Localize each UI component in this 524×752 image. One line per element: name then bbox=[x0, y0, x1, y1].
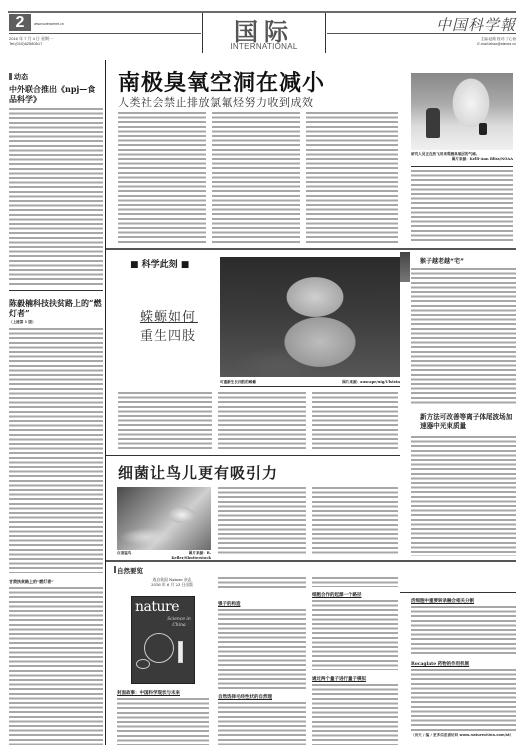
monkey-photo-edge bbox=[400, 252, 410, 282]
axolotl-title-line-2[interactable]: 重生四肢 bbox=[140, 325, 196, 344]
column-rule bbox=[105, 60, 106, 745]
header-divider-left bbox=[9, 33, 201, 34]
test-tube-icon bbox=[178, 641, 183, 663]
article-body-poverty bbox=[9, 328, 103, 573]
digest-item-title[interactable]: 细胞合作的起源一个路径 bbox=[312, 592, 362, 598]
digest-item-title[interactable]: 自然选择毛经性状的自然理 bbox=[218, 694, 272, 700]
article-body-npj bbox=[9, 108, 103, 286]
axolotl-body-col-3 bbox=[312, 392, 398, 450]
background-people bbox=[479, 123, 487, 135]
news-kicker: 动态 bbox=[14, 72, 28, 82]
digest-item-title[interactable]: 活细胞中重要转录融合相关分割 bbox=[411, 598, 474, 604]
section-rule bbox=[106, 560, 516, 562]
continued-from: （上接第 1 版） bbox=[9, 320, 36, 325]
header-vertical-divider bbox=[325, 13, 326, 53]
digest-item-body bbox=[312, 577, 398, 587]
kicker-marker bbox=[114, 566, 116, 573]
site-url[interactable]: www.sciencenet.cn bbox=[34, 22, 64, 26]
headline-npj-food-science[interactable]: 中外联合推出《npj—食品科学》 bbox=[9, 84, 103, 104]
petri-dish-icon bbox=[136, 659, 150, 669]
nature-logo: nature bbox=[135, 599, 179, 615]
kicker-marker bbox=[9, 73, 12, 80]
section-title-english: INTERNATIONAL bbox=[203, 42, 325, 51]
caption-rule bbox=[220, 386, 400, 387]
lead-body-col-4 bbox=[411, 170, 513, 242]
laser-headline[interactable]: 新方法可改善等离子体尾波场加速器中光束质量 bbox=[420, 413, 516, 431]
balloon-photo-credit: 图片来源：Kelli-Ann Bliss/NOAA bbox=[411, 157, 513, 162]
axolotl-body-col-1 bbox=[118, 392, 212, 450]
laser-body bbox=[411, 436, 516, 556]
digest-closing-tag: （田天 / 编 / 更多信息请访问 www.naturechina.com/st… bbox=[411, 733, 516, 738]
article-divider bbox=[9, 290, 103, 291]
digest-item-body bbox=[312, 684, 398, 745]
axolotl-photo-credit: 图片来源：auscape/uig/Ulstein bbox=[300, 380, 400, 385]
axolotl-body-col-2 bbox=[218, 392, 306, 450]
contact-tel: Tel:(010)62580617 bbox=[9, 41, 53, 46]
bird-photo-caption: 白顶雀鸟 bbox=[117, 551, 131, 556]
issue-date-block: 2016 年 7 月 4 日 星期一 Tel:(010)62580617 bbox=[9, 36, 53, 46]
digest-item-title[interactable]: 强子的构造 bbox=[218, 601, 241, 607]
digest-item-body bbox=[312, 600, 398, 670]
bird-photo bbox=[117, 487, 211, 550]
digest-item-body bbox=[117, 698, 209, 745]
digest-item-title[interactable]: 封面故事：中国科学现状与未来 bbox=[117, 690, 180, 696]
birds-body-col-1 bbox=[218, 487, 306, 555]
axolotl-photo-caption: 可重新生长四肢的蝾螈 bbox=[220, 380, 256, 385]
lead-subheadline: 人类社会禁止排放氯氟烃努力收到成效 bbox=[118, 94, 314, 110]
section-rule bbox=[106, 455, 400, 456]
digest-item-body bbox=[218, 609, 306, 689]
section-rule bbox=[400, 248, 516, 250]
axolotl-photo bbox=[220, 257, 400, 377]
digest-item-body bbox=[411, 669, 516, 731]
bird-photo-credit: 图片来源：R. Keller/Shutterstock bbox=[148, 551, 211, 560]
editor-email[interactable]: E-mail:lzhao@stimes.cn bbox=[400, 42, 516, 47]
caption-rule bbox=[411, 166, 513, 167]
lead-body-col-2 bbox=[212, 112, 300, 244]
lead-headline[interactable]: 南极臭氧空洞在减小 bbox=[118, 66, 325, 97]
header-divider-right bbox=[327, 33, 516, 34]
page-number: 2 bbox=[9, 14, 31, 31]
digest-intro-body bbox=[218, 577, 306, 591]
balloon-launch-photo bbox=[411, 73, 513, 150]
researcher-figure bbox=[426, 108, 440, 138]
digest-item-body bbox=[218, 702, 306, 745]
newspaper-masthead: 中国科学報 bbox=[390, 14, 516, 35]
flask-icon bbox=[144, 633, 174, 663]
nature-source-line-2: 2016 年 6 月 23 日出版 bbox=[140, 582, 204, 587]
article-body-poverty-cont bbox=[9, 587, 103, 745]
lead-body-col-3 bbox=[306, 112, 398, 244]
article-subhead: 甘肃扶贫路上的“燃灯者” bbox=[9, 579, 54, 585]
digest-item-title[interactable]: Rocaglate 药物的作用机制 bbox=[411, 661, 469, 667]
birds-headline[interactable]: 细菌让鸟儿更有吸引力 bbox=[118, 462, 278, 483]
editor-credits: 主编:赵路 校对:丁心怡 E-mail:lzhao@stimes.cn bbox=[400, 37, 516, 47]
birds-body-col-2 bbox=[312, 487, 398, 555]
lead-body-col-1 bbox=[118, 112, 206, 244]
digest-item-title[interactable]: 通过两个量子进行量子模拟 bbox=[312, 676, 366, 682]
nature-digest-kicker: 自然要览 bbox=[117, 566, 143, 575]
nature-cover-image: nature Science in China bbox=[131, 596, 195, 684]
monkey-body bbox=[411, 268, 516, 406]
monkey-headline[interactable]: 猴子越老越“宅” bbox=[420, 256, 464, 265]
nature-source: 选自英国 Nature 杂志 2016 年 6 月 23 日出版 bbox=[140, 577, 204, 587]
science-moment-kicker: ■ 科学此刻 ■ bbox=[130, 257, 189, 270]
cover-title: Science in China bbox=[165, 617, 193, 629]
title-underline bbox=[140, 322, 198, 323]
section-rule bbox=[400, 592, 516, 593]
balloon-photo-caption-block: 研究人员正在放飞用来观测臭氧层的气球。 图片来源：Kelli-Ann Bliss… bbox=[411, 152, 513, 162]
headline-poverty-relief[interactable]: 陈毅楠科技扶贫路上的“燃灯者” bbox=[9, 298, 103, 318]
digest-item-body bbox=[411, 606, 516, 654]
